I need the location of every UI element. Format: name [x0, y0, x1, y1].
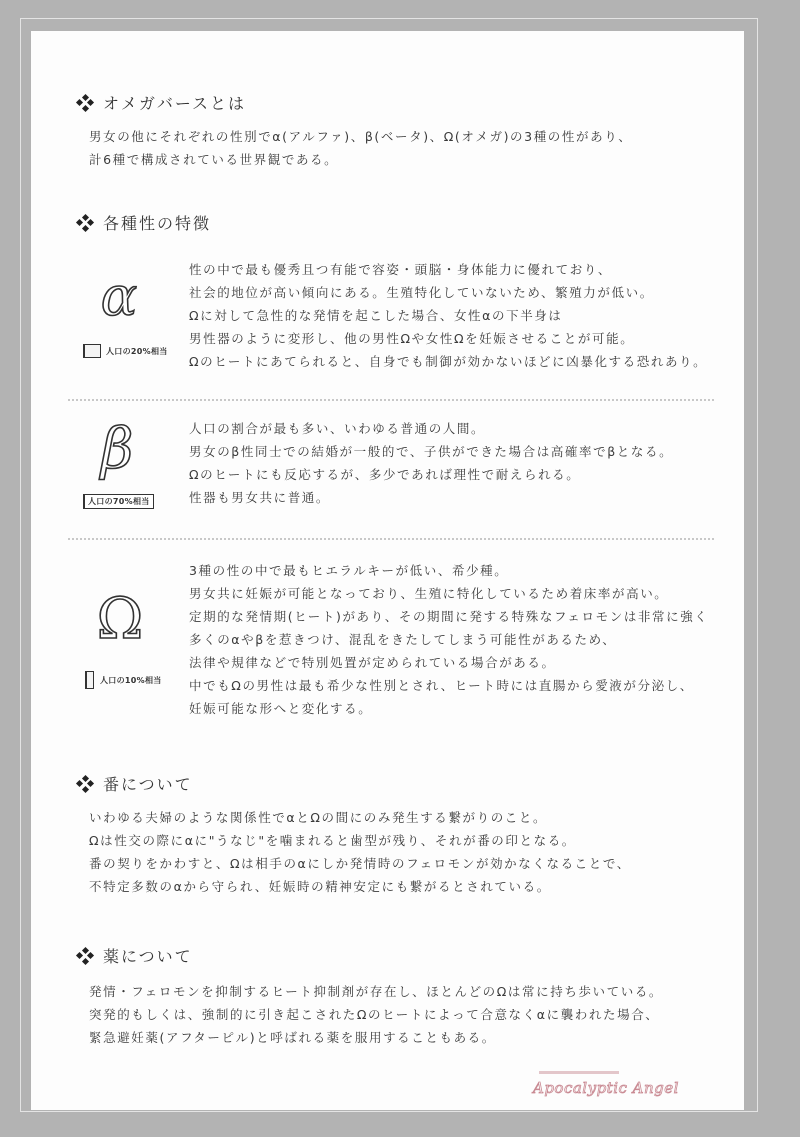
heading-text: オメガバースとは [103, 91, 246, 114]
text-line: いわゆる夫婦のような関係性でαとΩの間にのみ発生する繋がりのこと。 [89, 806, 631, 829]
population-indicator-beta: 人口の70%相当 [83, 494, 154, 509]
text-line: 妊娠可能な形へと変化する。 [189, 697, 708, 720]
section-heading-omegaverse: オメガバースとは [77, 91, 246, 114]
population-indicator-omega: 人口の10%相当 [85, 671, 162, 689]
text-line: Ωのヒートにも反応するが、多少であれば理性で耐えられる。 [189, 463, 673, 486]
text-line: 3種の性の中で最もヒエラルキーが低い、希少種。 [189, 559, 708, 582]
text-line: 人口の割合が最も多い、いわゆる普通の人間。 [189, 417, 673, 440]
text-line: 性器も男女共に普通。 [189, 486, 673, 509]
section-heading-bond: 番について [77, 772, 193, 795]
population-label: 人口の20%相当 [106, 346, 168, 357]
heading-text: 薬について [103, 944, 193, 967]
alpha-description: 性の中で最も優秀且つ有能で容姿・頭脳・身体能力に優れており、 社会的地位が高い傾… [189, 258, 707, 373]
section-heading-traits: 各種性の特徴 [77, 211, 211, 234]
population-label: 人口の70%相当 [88, 497, 150, 506]
diamond-bullet-icon [77, 776, 93, 792]
document-page: オメガバースとは 男女の他にそれぞれの性別でα(アルファ)、β(ベータ)、Ω(オ… [31, 31, 744, 1110]
dotted-divider [68, 538, 714, 540]
population-label: 人口の10%相当 [100, 675, 162, 686]
text-line: 社会的地位が高い傾向にある。生殖特化していないため、繁殖力が低い。 [189, 281, 707, 304]
text-line: 中でもΩの男性は最も希少な性別とされ、ヒート時には直腸から愛液が分泌し、 [189, 674, 708, 697]
diamond-bullet-icon [77, 95, 93, 111]
text-line: 番の契りをかわすと、Ωは相手のαにしか発情時のフェロモンが効かなくなることで、 [89, 852, 631, 875]
beta-description: 人口の割合が最も多い、いわゆる普通の人間。 男女のβ性同士での結婚が一般的で、子… [189, 417, 673, 509]
text-line: 計6種で構成されている世界観である。 [89, 148, 632, 171]
text-line: Ωは性交の際にαに"うなじ"を噛まれると歯型が残り、それが番の印となる。 [89, 829, 631, 852]
beta-symbol-icon: β [87, 415, 147, 485]
text-line: 性の中で最も優秀且つ有能で容姿・頭脳・身体能力に優れており、 [189, 258, 707, 281]
text-line: Ωに対して急性的な発情を起こした場合、女性αの下半身は [189, 304, 707, 327]
text-line: 緊急避妊薬(アフターピル)と呼ばれる薬を服用することもある。 [89, 1026, 663, 1049]
text-line: 多くのαやβを惹きつけ、混乱をきたしてしまう可能性があるため、 [189, 628, 708, 651]
text-line: 定期的な発情期(ヒート)があり、その期間に発する特殊なフェロモンは非常に強く [189, 605, 708, 628]
text-line: 男女のβ性同士での結婚が一般的で、子供ができた場合は高確率でβとなる。 [189, 440, 673, 463]
text-line: 男女の他にそれぞれの性別でα(アルファ)、β(ベータ)、Ω(オメガ)の3種の性が… [89, 125, 632, 148]
diamond-bullet-icon [77, 215, 93, 231]
text-line: Ωのヒートにあてられると、自身でも制御が効かないほどに凶暴化する恐れあり。 [189, 350, 707, 373]
text-line: 発情・フェロモンを抑制するヒート抑制剤が存在し、ほとんどのΩは常に持ち歩いている… [89, 980, 663, 1003]
text-line: 男性器のように変形し、他の男性Ωや女性Ωを妊娠させることが可能。 [189, 327, 707, 350]
bond-paragraph: いわゆる夫婦のような関係性でαとΩの間にのみ発生する繋がりのこと。 Ωは性交の際… [89, 806, 631, 898]
diamond-bullet-icon [77, 948, 93, 964]
population-bar-icon [83, 344, 101, 358]
alpha-symbol-icon: α [89, 267, 149, 327]
watermark-logo: Apocalyptic Angel [533, 1079, 679, 1097]
text-line: 不特定多数のαから守られ、妊娠時の精神安定にも繋がるとされている。 [89, 875, 631, 898]
text-line: 法律や規律などで特別処置が定められている場合がある。 [189, 651, 708, 674]
watermark-subtitle [539, 1071, 619, 1074]
intro-paragraph: 男女の他にそれぞれの性別でα(アルファ)、β(ベータ)、Ω(オメガ)の3種の性が… [89, 125, 632, 171]
omega-description: 3種の性の中で最もヒエラルキーが低い、希少種。 男女共に妊娠が可能となっており、… [189, 559, 708, 720]
population-bar-icon: 人口の70%相当 [83, 494, 154, 509]
section-heading-medicine: 薬について [77, 944, 193, 967]
dotted-divider [68, 399, 714, 401]
heading-text: 番について [103, 772, 193, 795]
population-bar-icon [85, 671, 94, 689]
text-line: 男女共に妊娠が可能となっており、生殖に特化しているため着床率が高い。 [189, 582, 708, 605]
text-line: 突発的もしくは、強制的に引き起こされたΩのヒートによって合意なくαに襲われた場合… [89, 1003, 663, 1026]
heading-text: 各種性の特徴 [103, 211, 211, 234]
population-indicator-alpha: 人口の20%相当 [83, 344, 168, 358]
medicine-paragraph: 発情・フェロモンを抑制するヒート抑制剤が存在し、ほとんどのΩは常に持ち歩いている… [89, 980, 663, 1049]
omega-symbol-icon: Ω [87, 587, 153, 653]
